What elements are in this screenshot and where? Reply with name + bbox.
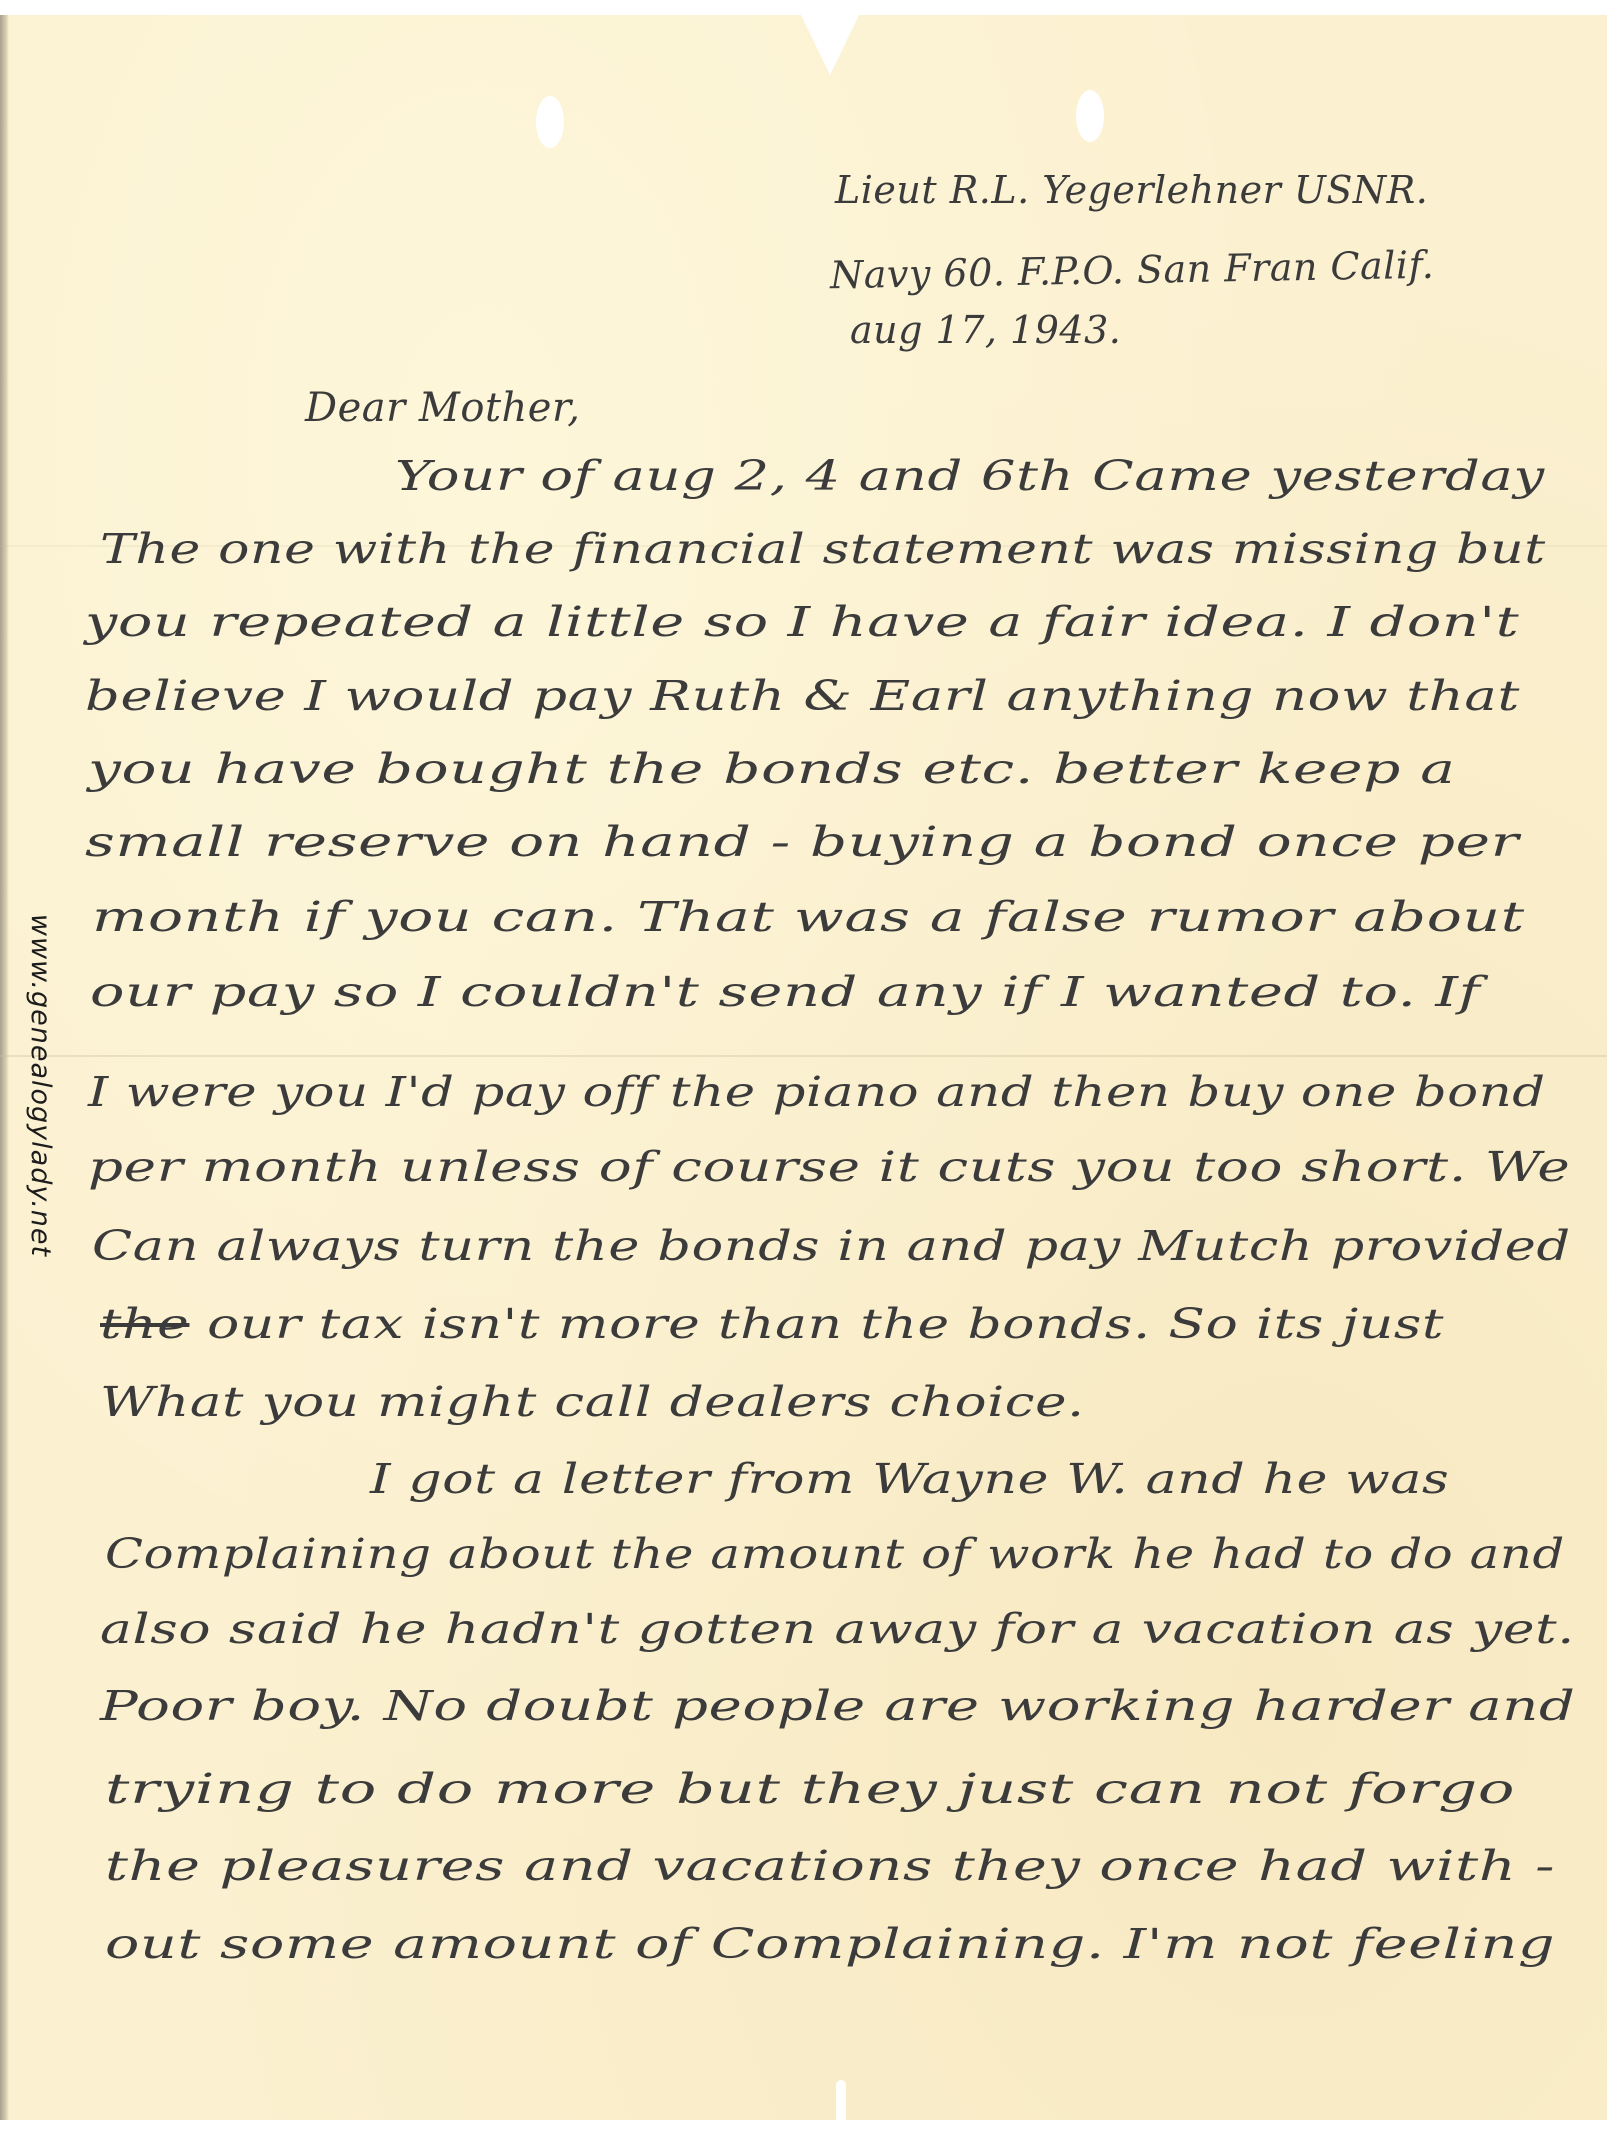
body-line: small reserve on hand - buying a bond on… bbox=[85, 818, 1519, 866]
sender-line: Lieut R.L. Yegerlehner USNR. bbox=[835, 168, 1428, 212]
body-line: Complaining about the amount of work he … bbox=[105, 1530, 1565, 1578]
salutation: Dear Mother, bbox=[305, 385, 580, 431]
body-line: Can always turn the bonds in and pay Mut… bbox=[92, 1222, 1571, 1270]
body-line: you have bought the bonds etc. better ke… bbox=[88, 745, 1456, 793]
body-line: the our tax isn't more than the bonds. S… bbox=[100, 1300, 1444, 1348]
bottom-notch bbox=[836, 2080, 846, 2122]
body-line: our pay so I couldn't send any if I want… bbox=[90, 968, 1481, 1016]
body-line: month if you can. That was a false rumor… bbox=[92, 893, 1525, 941]
body-line: also said he hadn't gotten away for a va… bbox=[100, 1605, 1575, 1653]
punch-hole-right bbox=[1076, 90, 1104, 142]
body-line: you repeated a little so I have a fair i… bbox=[85, 598, 1519, 646]
date-line: aug 17, 1943. bbox=[850, 308, 1121, 352]
body-line: the pleasures and vacations they once ha… bbox=[105, 1842, 1555, 1890]
body-line: per month unless of course it cuts you t… bbox=[88, 1143, 1570, 1191]
body-line: I got a letter from Wayne W. and he was bbox=[370, 1455, 1449, 1503]
body-line: out some amount of Complaining. I'm not … bbox=[105, 1920, 1555, 1968]
top-notch bbox=[800, 13, 860, 75]
body-line: Your of aug 2, 4 and 6th Came yesterday bbox=[395, 452, 1545, 500]
body-line: Poor boy. No doubt people are working ha… bbox=[100, 1682, 1576, 1730]
paper-fold-line bbox=[0, 1055, 1607, 1057]
body-line: trying to do more but they just can not … bbox=[105, 1765, 1515, 1813]
body-line: I were you I'd pay off the piano and the… bbox=[88, 1068, 1546, 1116]
struck-word: the bbox=[100, 1300, 189, 1348]
body-line: believe I would pay Ruth & Earl anything… bbox=[85, 672, 1520, 720]
punch-hole-left bbox=[536, 96, 564, 148]
body-line: What you might call dealers choice. bbox=[100, 1378, 1085, 1426]
body-line: The one with the financial statement was… bbox=[100, 525, 1546, 573]
watermark-text: www.genealogylady.net bbox=[26, 913, 57, 1256]
watermark: www.genealogylady.net bbox=[6, 880, 76, 1290]
